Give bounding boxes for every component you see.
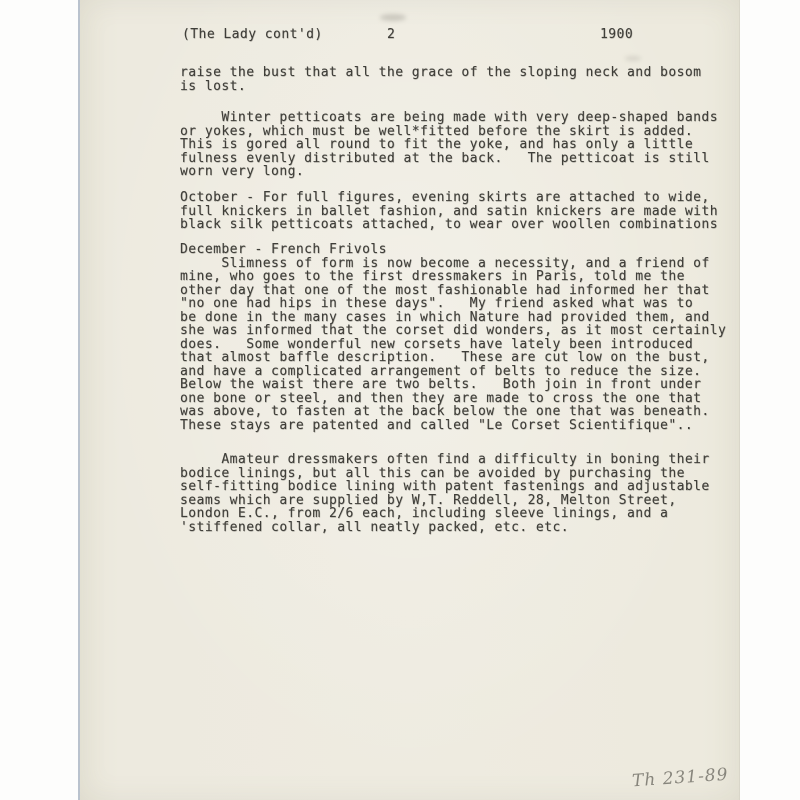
typed-paragraph-winter-petticoats: Winter petticoats are being made with ve… xyxy=(180,111,718,179)
document-page: (The Lady cont'd) 2 1900 raise the bust … xyxy=(78,0,740,800)
smudge-mark-small xyxy=(625,56,641,61)
typed-paragraph-december-french-frivols: December - French Frivols Slimness of fo… xyxy=(180,243,726,432)
typed-paragraph-amateur-dressmakers: Amateur dressmakers often find a difficu… xyxy=(180,453,710,534)
typed-paragraph-october: October - For full figures, evening skir… xyxy=(180,191,718,232)
typed-paragraph-intro: raise the bust that all the grace of the… xyxy=(180,66,701,93)
header-title: (The Lady cont'd) xyxy=(182,28,323,42)
catalog-annotation: Th 231-89 xyxy=(631,765,729,792)
scan-background: (The Lady cont'd) 2 1900 raise the bust … xyxy=(0,0,800,800)
page-number: 2 xyxy=(387,28,395,42)
smudge-mark xyxy=(380,14,406,21)
header-year: 1900 xyxy=(600,28,633,42)
